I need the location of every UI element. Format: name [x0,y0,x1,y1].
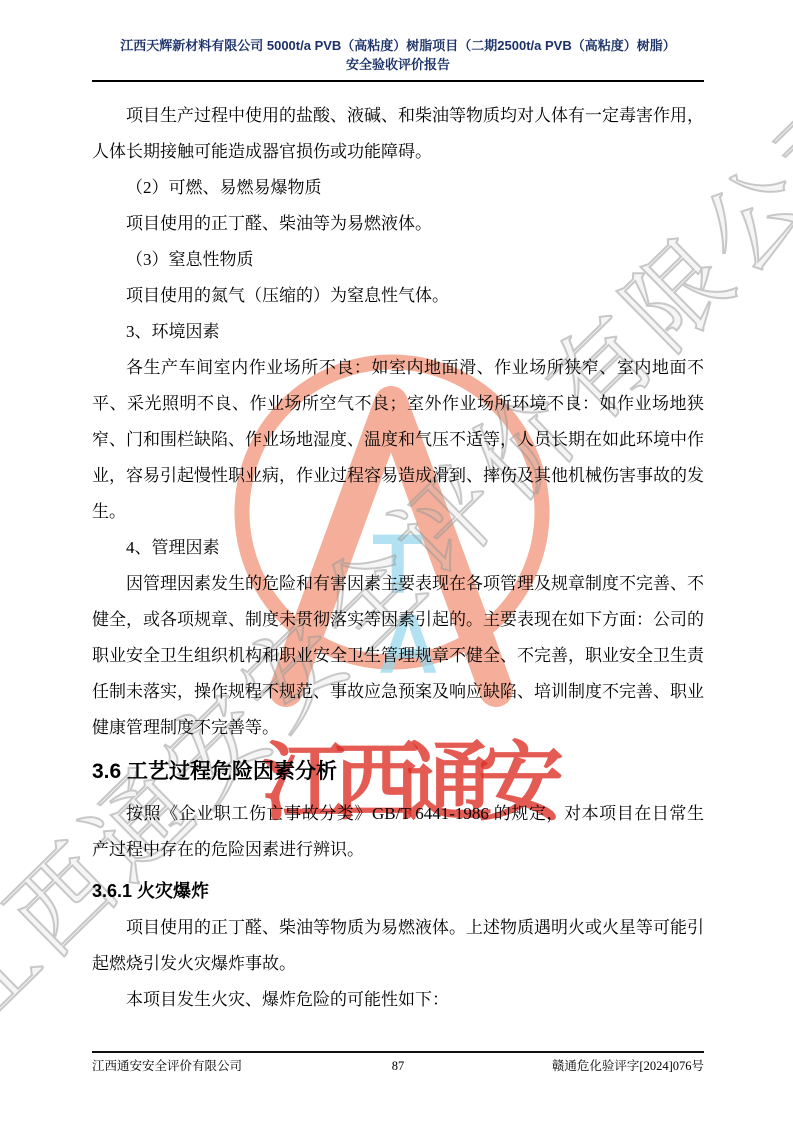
header-title-line1: 江西天辉新材料有限公司 5000t/a PVB（高粘度）树脂项目（二期2500t… [92,36,704,55]
paragraph-toxic-substances: 项目生产过程中使用的盐酸、液碱、和柴油等物质均对人体有一定毒害作用，人体长期接触… [92,98,704,170]
paragraph-fire-possibility-intro: 本项目发生火灾、爆炸危险的可能性如下： [92,982,704,1018]
page-number: 87 [92,1058,704,1074]
header-rule [92,80,704,82]
list-item-environment-factors: 3、环境因素 [92,314,704,350]
header-title-line2: 安全验收评价报告 [92,55,704,74]
list-item-asphyxiant-title: （3）窒息性物质 [92,242,704,278]
list-item-management-factors: 4、管理因素 [92,530,704,566]
paragraph-management-detail: 因管理因素发生的危险和有害因素主要表现在各项管理及规章制度不完善、不健全，或各项… [92,566,704,746]
section-heading-3-6-1: 3.6.1 火灾爆炸 [92,876,704,906]
paragraph-fire-explosion: 项目使用的正丁醛、柴油等物质为易燃液体。上述物质遇明火或火星等可能引起燃烧引发火… [92,910,704,982]
paragraph-environment-detail: 各生产车间室内作业场所不良：如室内地面滑、作业场所狭窄、室内地面不平、采光照明不… [92,350,704,530]
paragraph-flammable-liquids: 项目使用的正丁醛、柴油等为易燃液体。 [92,206,704,242]
section-heading-3-6: 3.6 工艺过程危险因素分析 [92,756,704,788]
page-header: 江西天辉新材料有限公司 5000t/a PVB（高粘度）树脂项目（二期2500t… [92,36,704,74]
page-footer: 江西通安安全评价有限公司 87 赣通危化验评字[2024]076号 [92,1051,704,1074]
document-page: T A 江西通安安全评价有限公司 江西通安 江西天辉新材料有限公司 5000t/… [0,0,793,1122]
paragraph-gbt-standard: 按照《企业职工伤亡事故分类》GB/T 6441-1986 的规定，对本项目在日常… [92,796,704,868]
page-content: 江西天辉新材料有限公司 5000t/a PVB（高粘度）树脂项目（二期2500t… [92,0,704,1018]
paragraph-nitrogen-gas: 项目使用的氮气（压缩的）为窒息性气体。 [92,278,704,314]
list-item-flammable-title: （2）可燃、易燃易爆物质 [92,170,704,206]
